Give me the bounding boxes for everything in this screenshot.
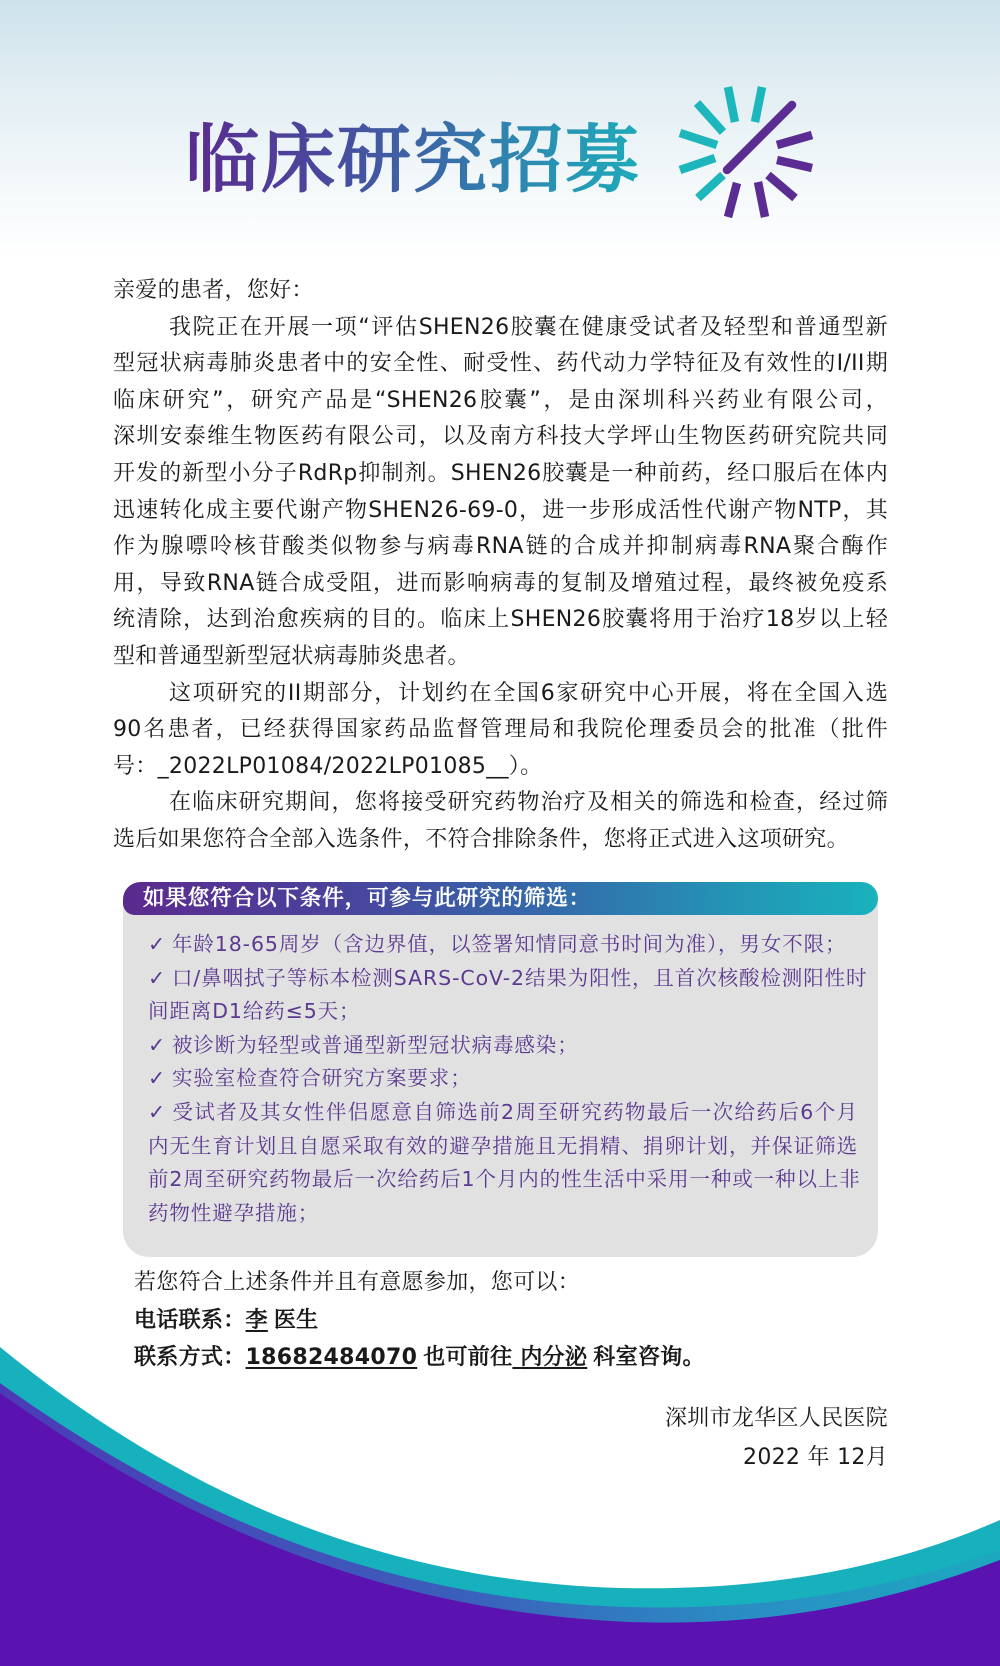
burst-ray-teal — [755, 87, 762, 122]
department-suffix: 科室咨询。 — [593, 1345, 705, 1370]
check-icon: ✓ — [148, 1096, 172, 1130]
burst-ray-teal — [680, 158, 715, 170]
burst-ray-purple — [758, 182, 765, 217]
text-line: 临床研究”，研究产品是“SHEN26胶囊”，是由深圳科兴药业有限公司， — [113, 383, 888, 420]
phone-contact-label: 电话联系： — [134, 1308, 246, 1333]
criteria-text: 受试者及其女性伴侣愿意自筛选前2周至研究药物最后一次给药后6个月 — [172, 1100, 858, 1124]
burst-ray-purple — [777, 160, 812, 168]
page-title: 临床研究招募 — [185, 118, 641, 202]
criteria-line: ✓被诊断为轻型或普通型新型冠状病毒感染； — [148, 1029, 858, 1063]
criteria-line: 前2周至研究药物最后一次给药后1个月内的性生活中采用一种或一种以上非 — [148, 1163, 858, 1197]
hospital-name: 深圳市龙华区人民医院 — [665, 1399, 888, 1438]
letter-body: 亲爱的患者，您好： 我院正在开展一项“评估SHEN26胶囊在健康受试者及轻型和普… — [113, 273, 888, 859]
contact-method-line: 联系方式：18682484070也可前往内分泌科室咨询。 — [134, 1339, 705, 1377]
criteria-text: 实验室检查符合研究方案要求； — [172, 1066, 472, 1090]
criteria-line: ✓实验室检查符合研究方案要求； — [148, 1062, 858, 1096]
phone-contact-line: 电话联系：李医生 — [134, 1302, 705, 1340]
check-icon: ✓ — [148, 928, 172, 962]
department-name: 内分泌 — [512, 1345, 587, 1370]
text-line: 型冠状病毒肺炎患者中的安全性、耐受性、药代动力学特征及有效性的I/II期 — [113, 346, 888, 383]
burst-logo-icon — [670, 80, 820, 225]
paragraph-phase-ii: 这项研究的II期部分，计划约在全国6家研究中心开展，将在全国入选 90名患者，已… — [113, 676, 888, 786]
criteria-line: ✓受试者及其女性伴侣愿意自筛选前2周至研究药物最后一次给药后6个月 — [148, 1096, 858, 1130]
text-line: 作为腺嘌呤核苷酸类似物参与病毒RNA链的合成并抑制病毒RNA聚合酶作 — [113, 529, 888, 566]
check-icon: ✓ — [148, 1062, 172, 1096]
criteria-item-contraception: ✓受试者及其女性伴侣愿意自筛选前2周至研究药物最后一次给药后6个月 内无生育计划… — [148, 1096, 858, 1230]
greeting: 亲爱的患者，您好： — [113, 273, 888, 310]
criteria-text: 被诊断为轻型或普通型新型冠状病毒感染； — [172, 1033, 579, 1057]
criteria-line: ✓口/鼻咽拭子等标本检测SARS-CoV-2结果为阳性，且首次核酸检测阳性时 — [148, 962, 858, 996]
signature: 深圳市龙华区人民医院 2022 年 12月 — [665, 1399, 888, 1477]
visit-text: 也可前往 — [423, 1345, 512, 1370]
criteria-list: ✓年龄18-65周岁（含边界值，以签署知情同意书时间为准），男女不限； ✓口/鼻… — [148, 928, 858, 1230]
criteria-item-age: ✓年龄18-65周岁（含边界值，以签署知情同意书时间为准），男女不限； — [148, 928, 858, 962]
issue-date: 2022 年 12月 — [665, 1438, 888, 1477]
burst-ray-purple — [728, 183, 737, 217]
criteria-heading: 如果您符合以下条件，可参与此研究的筛选： — [143, 882, 591, 915]
text-line: 统清除，达到治愈疾病的目的。临床上SHEN26胶囊将用于治疗18岁以上轻 — [113, 602, 888, 639]
burst-ray-teal — [698, 175, 723, 198]
inclusion-criteria-box: 如果您符合以下条件，可参与此研究的筛选： ✓年龄18-65周岁（含边界值，以签署… — [123, 882, 878, 1257]
doctor-surname: 李 — [246, 1308, 268, 1333]
text-line: 型和普通型新型冠状病毒肺炎患者。 — [113, 639, 888, 676]
text-line: 在临床研究期间，您将接受研究药物治疗及相关的筛选和检查，经过筛 — [113, 785, 888, 822]
criteria-line: ✓年龄18-65周岁（含边界值，以签署知情同意书时间为准），男女不限； — [148, 928, 858, 962]
burst-ray-teal — [680, 133, 717, 145]
criteria-line: 药物性避孕措施； — [148, 1197, 858, 1231]
criteria-text: 口/鼻咽拭子等标本检测SARS-CoV-2结果为阳性，且首次核酸检测阳性时 — [172, 966, 867, 990]
criteria-item-lab-tests: ✓实验室检查符合研究方案要求； — [148, 1062, 858, 1096]
text-line: 90名患者，已经获得国家药品监督管理局和我院伦理委员会的批准（批件 — [113, 712, 888, 749]
criteria-text: 年龄18-65周岁（含边界值，以签署知情同意书时间为准），男女不限； — [172, 932, 846, 956]
text-line: 选后如果您符合全部入选条件，不符合排除条件，您将正式进入这项研究。 — [113, 822, 888, 859]
burst-ray-purple — [777, 135, 812, 145]
burst-ray-purple — [768, 175, 795, 198]
check-icon: ✓ — [148, 962, 172, 996]
text-line: 用，导致RNA链合成受阻，进而影响病毒的复制及增殖过程，最终被免疫系 — [113, 566, 888, 603]
contact-intro: 若您符合上述条件并且有意愿参加，您可以： — [134, 1264, 705, 1302]
criteria-item-test-positive: ✓口/鼻咽拭子等标本检测SARS-CoV-2结果为阳性，且首次核酸检测阳性时 间… — [148, 962, 858, 1029]
criteria-line: 间距离D1给药≤5天； — [148, 995, 858, 1029]
burst-ray-teal — [697, 103, 723, 132]
text-line: 号：_2022LP01084/2022LP01085__）。 — [113, 749, 888, 786]
check-icon: ✓ — [148, 1029, 172, 1063]
text-line: 这项研究的II期部分，计划约在全国6家研究中心开展，将在全国入选 — [113, 676, 888, 713]
phone-number: 18682484070 — [246, 1345, 418, 1370]
criteria-item-diagnosis: ✓被诊断为轻型或普通型新型冠状病毒感染； — [148, 1029, 858, 1063]
contact-section: 若您符合上述条件并且有意愿参加，您可以： 电话联系：李医生 联系方式：18682… — [134, 1264, 705, 1377]
criteria-line: 内无生育计划且自愿采取有效的避孕措施且无捐精、捐卵计划，并保证筛选 — [148, 1130, 858, 1164]
contact-method-label: 联系方式： — [134, 1345, 246, 1370]
text-line: 开发的新型小分子RdRp抑制剂。SHEN26胶囊是一种前药，经口服后在体内 — [113, 456, 888, 493]
burst-ray-teal — [728, 87, 735, 122]
doctor-title: 医生 — [274, 1308, 319, 1333]
paragraph-study-intro: 我院正在开展一项“评估SHEN26胶囊在健康受试者及轻型和普通型新 型冠状病毒肺… — [113, 310, 888, 676]
paragraph-study-period: 在临床研究期间，您将接受研究药物治疗及相关的筛选和检查，经过筛 选后如果您符合全… — [113, 785, 888, 858]
text-line: 深圳安泰维生物医药有限公司，以及南方科技大学坪山生物医药研究院共同 — [113, 419, 888, 456]
text-line: 我院正在开展一项“评估SHEN26胶囊在健康受试者及轻型和普通型新 — [113, 310, 888, 347]
text-line: 迅速转化成主要代谢产物SHEN26-69-0，进一步形成活性代谢产物NTP，其 — [113, 493, 888, 530]
